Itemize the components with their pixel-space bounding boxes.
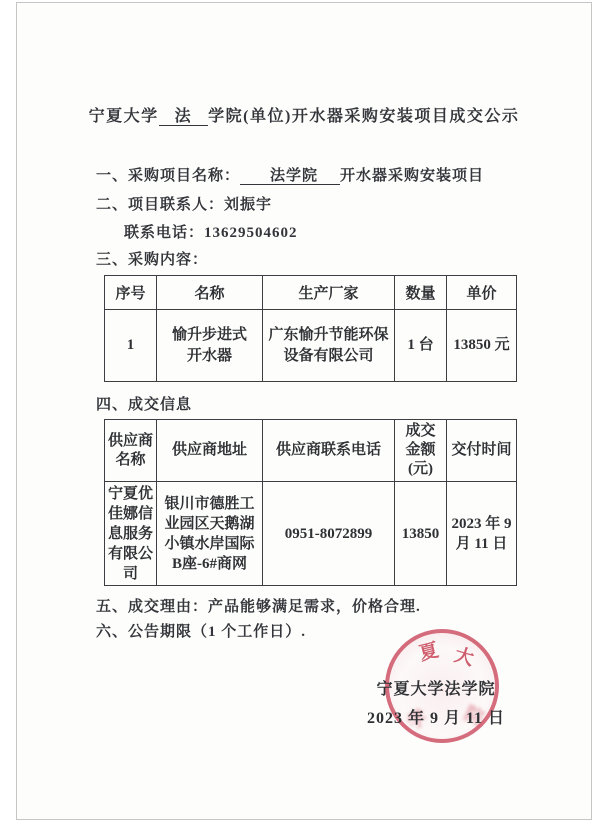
item-purchase-content: 三、采购内容：	[96, 248, 208, 269]
col-header-seq: 序号	[105, 276, 157, 310]
col-header-supplier-phone: 供应商联系电话	[263, 420, 395, 482]
col-header-name: 名称	[157, 276, 263, 310]
item-announcement-period: 六、公告期限（1 个工作日）.	[96, 620, 306, 641]
purchase-table-row: 1 愉升步进式开水器 广东愉升节能环保设备有限公司 1 台 13850 元	[105, 310, 517, 382]
cell-quantity: 1 台	[395, 310, 447, 382]
col-header-quantity: 数量	[395, 276, 447, 310]
deal-table-header-row: 供应商名称 供应商地址 供应商联系电话 成交金额(元) 交付时间	[105, 420, 517, 482]
seal-char: 大	[452, 640, 478, 671]
col-header-manufacturer: 生产厂家	[263, 276, 395, 310]
deal-table-row: 宁夏优佳娜信息服务有限公司 银川市德胜工业园区天鹅湖小镇水岸国际B座-6#商网 …	[105, 482, 517, 586]
title-underlined-blank: 法	[159, 108, 209, 126]
col-header-supplier-address: 供应商地址	[157, 420, 263, 482]
document-page: 宁夏大学法学院(单位)开水器采购安装项目成交公示 一、采购项目名称：法学院开水器…	[16, 2, 592, 820]
project-name-label: 一、采购项目名称：	[96, 168, 240, 184]
col-header-deal-amount: 成交金额(元)	[395, 420, 447, 482]
signature-date: 2023 年 9 月 11 日	[355, 704, 517, 733]
item-deal-info: 四、成交信息	[96, 393, 192, 414]
cell-supplier-phone: 0951-8072899	[263, 482, 395, 586]
purchase-table: 序号 名称 生产厂家 数量 单价 1 愉升步进式开水器 广东愉升节能环保设备有限…	[104, 275, 517, 382]
cell-delivery-time: 2023 年 9 月 11 日	[447, 482, 517, 586]
cell-deal-amount: 13850	[395, 482, 447, 586]
item-contact-person: 二、项目联系人：刘振宇	[96, 193, 272, 214]
item-project-name: 一、采购项目名称：法学院开水器采购安装项目	[96, 164, 484, 185]
cell-unit-price: 13850 元	[447, 310, 517, 382]
purchase-table-header-row: 序号 名称 生产厂家 数量 单价	[105, 276, 517, 310]
page-title: 宁夏大学法学院(单位)开水器采购安装项目成交公示	[17, 103, 591, 126]
item-deal-reason: 五、成交理由：产品能够满足需求，价格合理.	[96, 595, 421, 616]
cell-manufacturer: 广东愉升节能环保设备有限公司	[263, 310, 395, 382]
col-header-delivery-time: 交付时间	[447, 420, 517, 482]
seal-char: 夏	[416, 635, 441, 666]
cell-name: 愉升步进式开水器	[157, 310, 263, 382]
title-prefix: 宁夏大学	[89, 108, 159, 125]
signature-org: 宁夏大学法学院	[355, 675, 517, 704]
project-name-underlined-blank: 法学院	[240, 168, 340, 185]
deal-table: 供应商名称 供应商地址 供应商联系电话 成交金额(元) 交付时间 宁夏优佳娜信息…	[104, 419, 517, 586]
item-contact-phone: 联系电话：13629504602	[124, 221, 298, 242]
col-header-supplier-name: 供应商名称	[105, 420, 157, 482]
cell-supplier-address: 银川市德胜工业园区天鹅湖小镇水岸国际B座-6#商网	[157, 482, 263, 586]
cell-seq: 1	[105, 310, 157, 382]
signature-block: 宁夏大学法学院 2023 年 9 月 11 日	[355, 675, 517, 733]
scan-background: { "title": { "prefix": "宁夏大学", "underlin…	[0, 0, 613, 826]
cell-supplier-name: 宁夏优佳娜信息服务有限公司	[105, 482, 157, 586]
title-suffix: 学院(单位)开水器采购安装项目成交公示	[208, 108, 519, 125]
col-header-unit-price: 单价	[447, 276, 517, 310]
project-name-suffix: 开水器采购安装项目	[340, 168, 484, 184]
